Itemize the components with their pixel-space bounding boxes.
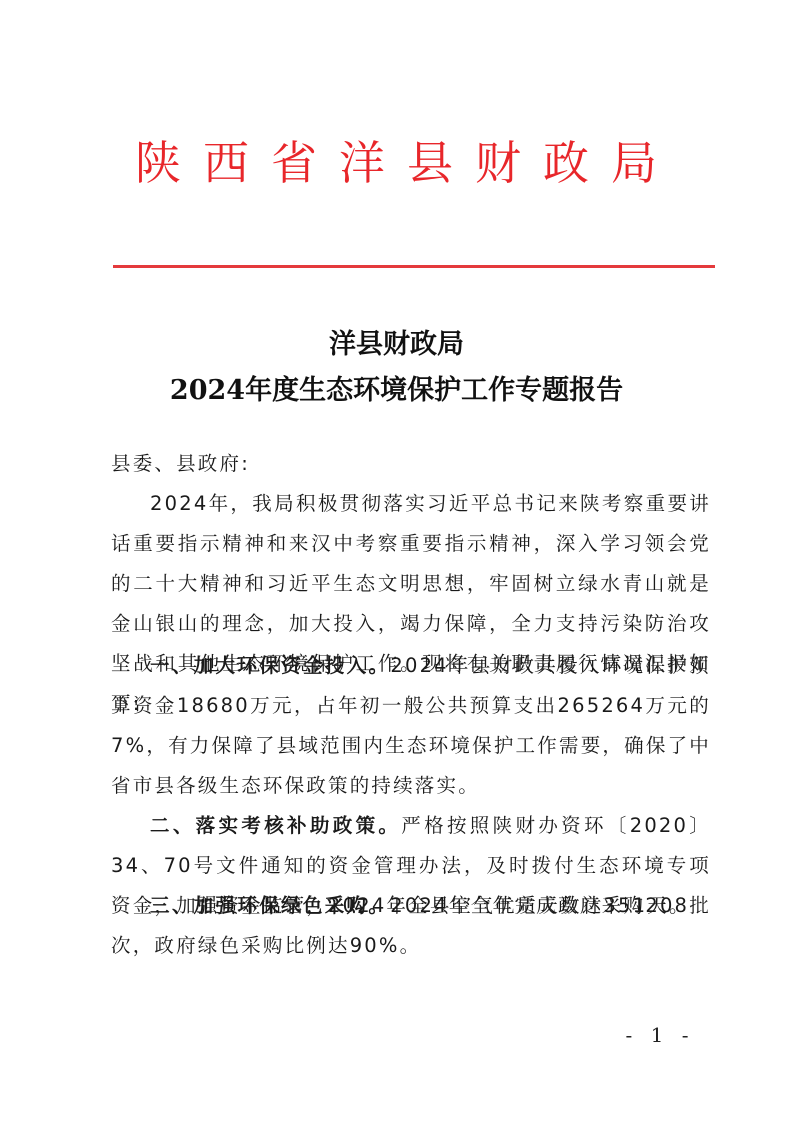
section-2-heading: 二、落实考核补助政策。 bbox=[150, 814, 401, 837]
section-1-paragraph: 一、加大环保资金投入。2024年县财政共投入环境保护预算资金18680万元，占年… bbox=[111, 646, 711, 806]
letterhead-red-rule bbox=[113, 265, 715, 268]
section-3-heading: 三、加强环保绿色采购。 bbox=[150, 894, 390, 917]
section-3-paragraph: 三、加强环保绿色采购。2024年全年完成政府采购208批次，政府绿色采购比例达9… bbox=[111, 886, 711, 966]
salutation: 县委、县政府: bbox=[111, 444, 711, 484]
page-number: - 1 - bbox=[615, 1023, 705, 1047]
document-title-line2: 2024年度生态环境保护工作专题报告 bbox=[0, 368, 793, 407]
document-title-line1: 洋县财政局 bbox=[0, 322, 793, 361]
section-1-heading: 一、加大环保资金投入。 bbox=[150, 654, 390, 677]
letterhead-organization: 陕西省洋县财政局 bbox=[135, 133, 695, 193]
